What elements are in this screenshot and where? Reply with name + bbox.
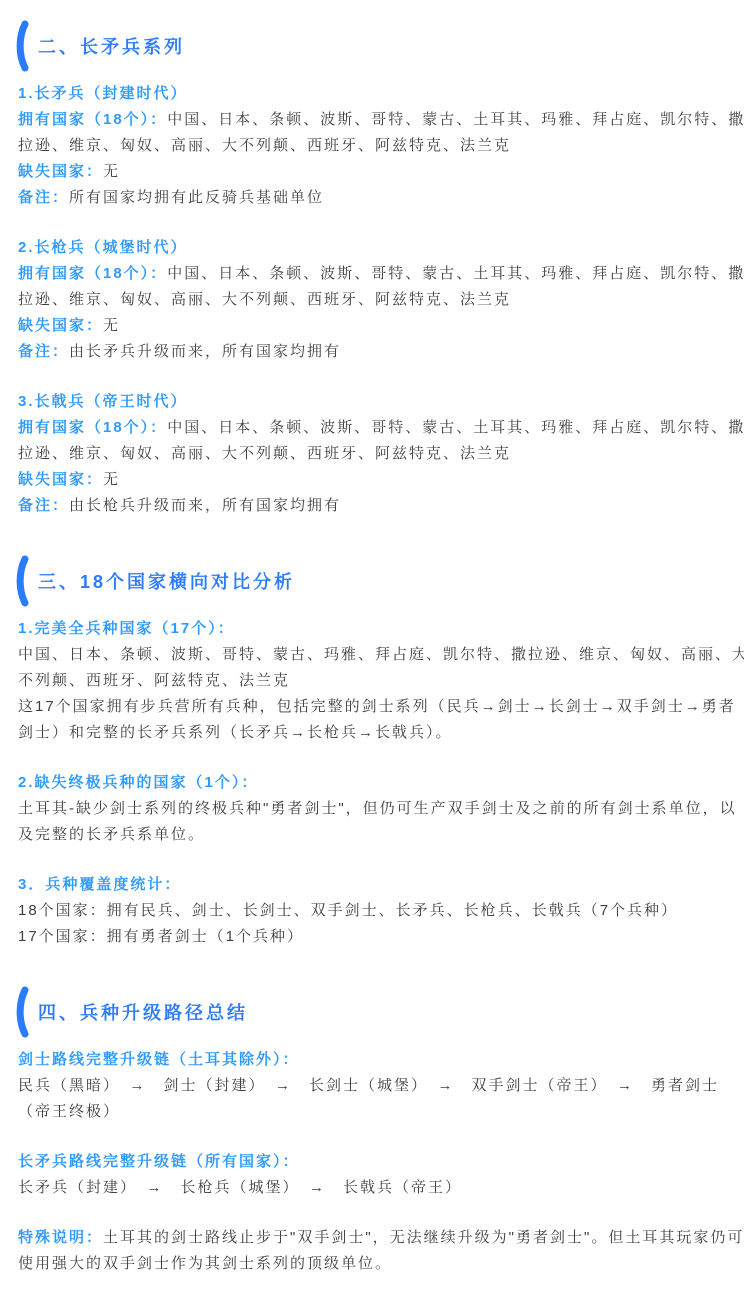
article: 二、长矛兵系列1.长矛兵（封建时代）拥有国家（18个）：中国、日本、条顿、波斯、… bbox=[0, 0, 744, 1283]
paragraph-label: 缺失国家： bbox=[18, 317, 103, 334]
section: 三、18个国家横向对比分析1.完美全兵种国家（17个）：中国、日本、条顿、波斯、… bbox=[18, 555, 744, 950]
text-group: 2.缺失终极兵种的国家（1个）：土耳其-缺少剑士系列的终极兵种"勇者剑士"，但仍… bbox=[18, 770, 744, 848]
paragraph: 土耳其-缺少剑士系列的终极兵种"勇者剑士"，但仍可生产双手剑士及之前的所有剑士系… bbox=[18, 796, 744, 848]
paragraph: 这17个国家拥有步兵营所有兵种，包括完整的剑士系列（民兵→剑士→长剑士→双手剑士… bbox=[18, 694, 744, 746]
paragraph-label: 缺失国家： bbox=[18, 163, 103, 180]
paragraph-text: 无 bbox=[103, 471, 120, 488]
subheading: 长矛兵路线完整升级链（所有国家）： bbox=[18, 1149, 744, 1175]
text-group: 1.长矛兵（封建时代）拥有国家（18个）：中国、日本、条顿、波斯、哥特、蒙古、土… bbox=[18, 81, 744, 211]
paragraph: 缺失国家：无 bbox=[18, 313, 744, 339]
subheading: 3.长戟兵（帝王时代） bbox=[18, 389, 744, 415]
paragraph-label: 备注： bbox=[18, 343, 69, 360]
text-group: 特殊说明：土耳其的剑士路线止步于"双手剑士"，无法继续升级为"勇者剑士"。但土耳… bbox=[18, 1225, 744, 1277]
paragraph-text: 无 bbox=[103, 163, 120, 180]
text-group: 1.完美全兵种国家（17个）：中国、日本、条顿、波斯、哥特、蒙古、玛雅、拜占庭、… bbox=[18, 616, 744, 746]
text-group: 长矛兵路线完整升级链（所有国家）：长矛兵（封建） → 长枪兵（城堡） → 长戟兵… bbox=[18, 1149, 744, 1201]
subheading: 1.完美全兵种国家（17个）： bbox=[18, 616, 744, 642]
subheading: 2.长枪兵（城堡时代） bbox=[18, 235, 744, 261]
subheading: 1.长矛兵（封建时代） bbox=[18, 81, 744, 107]
paragraph: 拥有国家（18个）：中国、日本、条顿、波斯、哥特、蒙古、土耳其、玛雅、拜占庭、凯… bbox=[18, 107, 744, 159]
paragraph: 长矛兵（封建） → 长枪兵（城堡） → 长戟兵（帝王） bbox=[18, 1175, 744, 1201]
paragraph: 特殊说明：土耳其的剑士路线止步于"双手剑士"，无法继续升级为"勇者剑士"。但土耳… bbox=[18, 1225, 744, 1277]
paragraph: 缺失国家：无 bbox=[18, 467, 744, 493]
paragraph-text: 土耳其的剑士路线止步于"双手剑士"，无法继续升级为"勇者剑士"。但土耳其玩家仍可… bbox=[18, 1229, 744, 1272]
section: 二、长矛兵系列1.长矛兵（封建时代）拥有国家（18个）：中国、日本、条顿、波斯、… bbox=[18, 20, 744, 519]
paragraph-text: 所有国家均拥有此反骑兵基础单位 bbox=[69, 189, 324, 206]
paragraph: 中国、日本、条顿、波斯、哥特、蒙古、玛雅、拜占庭、凯尔特、撒拉逊、维京、匈奴、高… bbox=[18, 642, 744, 694]
paragraph: 18个国家：拥有民兵、剑士、长剑士、双手剑士、长矛兵、长枪兵、长戟兵（7个兵种） bbox=[18, 898, 744, 924]
section-title: 三、18个国家横向对比分析 bbox=[38, 568, 295, 594]
section-header: 二、长矛兵系列 bbox=[13, 20, 744, 72]
paragraph-text: 由长矛兵升级而来，所有国家均拥有 bbox=[69, 343, 341, 360]
paragraph: 17个国家：拥有勇者剑士（1个兵种） bbox=[18, 924, 744, 950]
subheading: 2.缺失终极兵种的国家（1个）： bbox=[18, 770, 744, 796]
paragraph-label: 备注： bbox=[18, 189, 69, 206]
subheading: 剑士路线完整升级链（土耳其除外）： bbox=[18, 1047, 744, 1073]
paragraph-label: 拥有国家（18个）： bbox=[18, 265, 167, 282]
text-group: 2.长枪兵（城堡时代）拥有国家（18个）：中国、日本、条顿、波斯、哥特、蒙古、土… bbox=[18, 235, 744, 365]
paragraph-label: 拥有国家（18个）： bbox=[18, 111, 167, 128]
paragraph: 备注：所有国家均拥有此反骑兵基础单位 bbox=[18, 185, 744, 211]
paragraph-label: 拥有国家（18个）： bbox=[18, 419, 167, 436]
section-bracket-icon bbox=[13, 555, 29, 607]
paragraph-label: 特殊说明： bbox=[18, 1229, 103, 1246]
section: 四、兵种升级路径总结剑士路线完整升级链（土耳其除外）：民兵（黑暗） → 剑士（封… bbox=[18, 986, 744, 1277]
paragraph-text: 由长枪兵升级而来，所有国家均拥有 bbox=[69, 497, 341, 514]
text-group: 3.长戟兵（帝王时代）拥有国家（18个）：中国、日本、条顿、波斯、哥特、蒙古、土… bbox=[18, 389, 744, 519]
text-group: 剑士路线完整升级链（土耳其除外）：民兵（黑暗） → 剑士（封建） → 长剑士（城… bbox=[18, 1047, 744, 1125]
section-header: 四、兵种升级路径总结 bbox=[13, 986, 744, 1038]
paragraph: 缺失国家：无 bbox=[18, 159, 744, 185]
section-header: 三、18个国家横向对比分析 bbox=[13, 555, 744, 607]
paragraph: 拥有国家（18个）：中国、日本、条顿、波斯、哥特、蒙古、土耳其、玛雅、拜占庭、凯… bbox=[18, 415, 744, 467]
section-bracket-icon bbox=[13, 20, 29, 72]
paragraph-label: 缺失国家： bbox=[18, 471, 103, 488]
paragraph: 民兵（黑暗） → 剑士（封建） → 长剑士（城堡） → 双手剑士（帝王） → 勇… bbox=[18, 1073, 744, 1125]
section-title: 四、兵种升级路径总结 bbox=[38, 999, 248, 1025]
paragraph-label: 备注： bbox=[18, 497, 69, 514]
section-bracket-icon bbox=[13, 986, 29, 1038]
paragraph: 拥有国家（18个）：中国、日本、条顿、波斯、哥特、蒙古、土耳其、玛雅、拜占庭、凯… bbox=[18, 261, 744, 313]
section-title: 二、长矛兵系列 bbox=[38, 33, 185, 59]
paragraph: 备注：由长矛兵升级而来，所有国家均拥有 bbox=[18, 339, 744, 365]
text-group: 3．兵种覆盖度统计：18个国家：拥有民兵、剑士、长剑士、双手剑士、长矛兵、长枪兵… bbox=[18, 872, 744, 950]
subheading: 3．兵种覆盖度统计： bbox=[18, 872, 744, 898]
paragraph: 备注：由长枪兵升级而来，所有国家均拥有 bbox=[18, 493, 744, 519]
paragraph-text: 无 bbox=[103, 317, 120, 334]
